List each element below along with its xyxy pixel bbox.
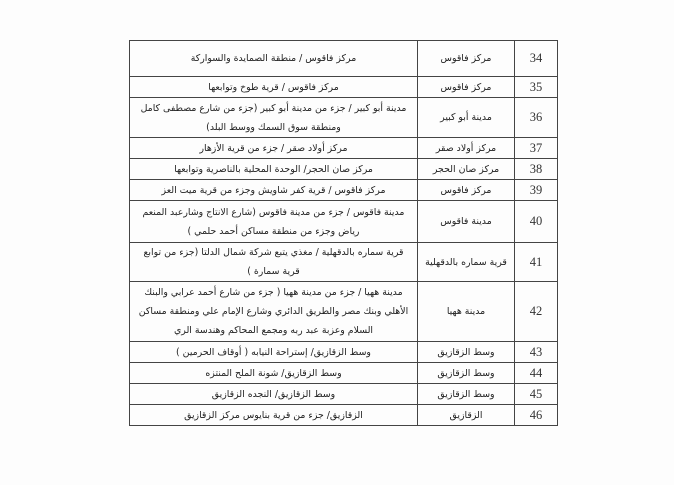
table-row: 43وسط الزقازيقوسط الزقازيق/ إستراحة الني… [130, 342, 558, 363]
row-detail: مركز أولاد صقر / جزء من قرية الأزهار [130, 138, 418, 159]
row-detail: قرية سماره بالدقهلية / مغذي يتبع شركة شم… [130, 243, 418, 282]
table-row: 42مدينة ههيامدينة ههيا / جزء من مدينة هه… [130, 282, 558, 342]
row-area: الزقازيق [418, 405, 515, 426]
table-row: 41قرية سماره بالدقهليةقرية سماره بالدقهل… [130, 243, 558, 282]
row-area: مركز فاقوس [418, 41, 515, 77]
row-area: وسط الزقازيق [418, 384, 515, 405]
table-row: 37مركز أولاد صقرمركز أولاد صقر / جزء من … [130, 138, 558, 159]
table-body: 34مركز فاقوسمركز فاقوس / منطقة الصمايدة … [130, 41, 558, 426]
row-detail: الزقازيق/ جزء من قرية بنايوس مركز الزقاز… [130, 405, 418, 426]
row-area: مدينة فاقوس [418, 201, 515, 243]
row-number: 39 [515, 180, 558, 201]
row-area: مركز فاقوس [418, 180, 515, 201]
power-outage-table: 34مركز فاقوسمركز فاقوس / منطقة الصمايدة … [129, 40, 558, 426]
row-number: 46 [515, 405, 558, 426]
row-detail: وسط الزقازيق/ شونة الملح المنتزه [130, 363, 418, 384]
table-row: 34مركز فاقوسمركز فاقوس / منطقة الصمايدة … [130, 41, 558, 77]
row-area: مدينة ههيا [418, 282, 515, 342]
row-number: 37 [515, 138, 558, 159]
row-area: مركز فاقوس [418, 77, 515, 98]
row-number: 44 [515, 363, 558, 384]
document-page: 34مركز فاقوسمركز فاقوس / منطقة الصمايدة … [0, 0, 674, 485]
row-number: 40 [515, 201, 558, 243]
row-area: مركز أولاد صقر [418, 138, 515, 159]
table-row: 44وسط الزقازيقوسط الزقازيق/ شونة الملح ا… [130, 363, 558, 384]
row-number: 43 [515, 342, 558, 363]
row-detail: مركز فاقوس / قرية كفر شاويش وجزء من قرية… [130, 180, 418, 201]
row-detail: مدينة فاقوس / جزء من مدينة فاقوس (شارع ا… [130, 201, 418, 243]
row-area: قرية سماره بالدقهلية [418, 243, 515, 282]
row-detail: مركز فاقوس / قرية طوخ وتوابعها [130, 77, 418, 98]
row-number: 35 [515, 77, 558, 98]
row-detail: مدينة ههيا / جزء من مدينة ههيا ( جزء من … [130, 282, 418, 342]
table-row: 39مركز فاقوسمركز فاقوس / قرية كفر شاويش … [130, 180, 558, 201]
row-area: مدينة أبو كبير [418, 98, 515, 138]
row-detail: وسط الزقازيق/ النجده الزقازيق [130, 384, 418, 405]
row-number: 34 [515, 41, 558, 77]
row-area: مركز صان الحجر [418, 159, 515, 180]
row-number: 36 [515, 98, 558, 138]
row-area: وسط الزقازيق [418, 363, 515, 384]
row-number: 38 [515, 159, 558, 180]
table-row: 46الزقازيقالزقازيق/ جزء من قرية بنايوس م… [130, 405, 558, 426]
table-row: 36مدينة أبو كبيرمدينة أبو كبير / جزء من … [130, 98, 558, 138]
table-row: 45وسط الزقازيقوسط الزقازيق/ النجده الزقا… [130, 384, 558, 405]
row-number: 42 [515, 282, 558, 342]
row-number: 45 [515, 384, 558, 405]
row-detail: مدينة أبو كبير / جزء من مدينة أبو كبير (… [130, 98, 418, 138]
row-number: 41 [515, 243, 558, 282]
table-row: 35مركز فاقوسمركز فاقوس / قرية طوخ وتوابع… [130, 77, 558, 98]
row-area: وسط الزقازيق [418, 342, 515, 363]
row-detail: مركز صان الحجر/ الوحدة المحلية بالناصرية… [130, 159, 418, 180]
table-row: 38مركز صان الحجرمركز صان الحجر/ الوحدة ا… [130, 159, 558, 180]
table-row: 40مدينة فاقوسمدينة فاقوس / جزء من مدينة … [130, 201, 558, 243]
row-detail: وسط الزقازيق/ إستراحة النيابه ( أوقاف ال… [130, 342, 418, 363]
row-detail: مركز فاقوس / منطقة الصمايدة والسواركة [130, 41, 418, 77]
